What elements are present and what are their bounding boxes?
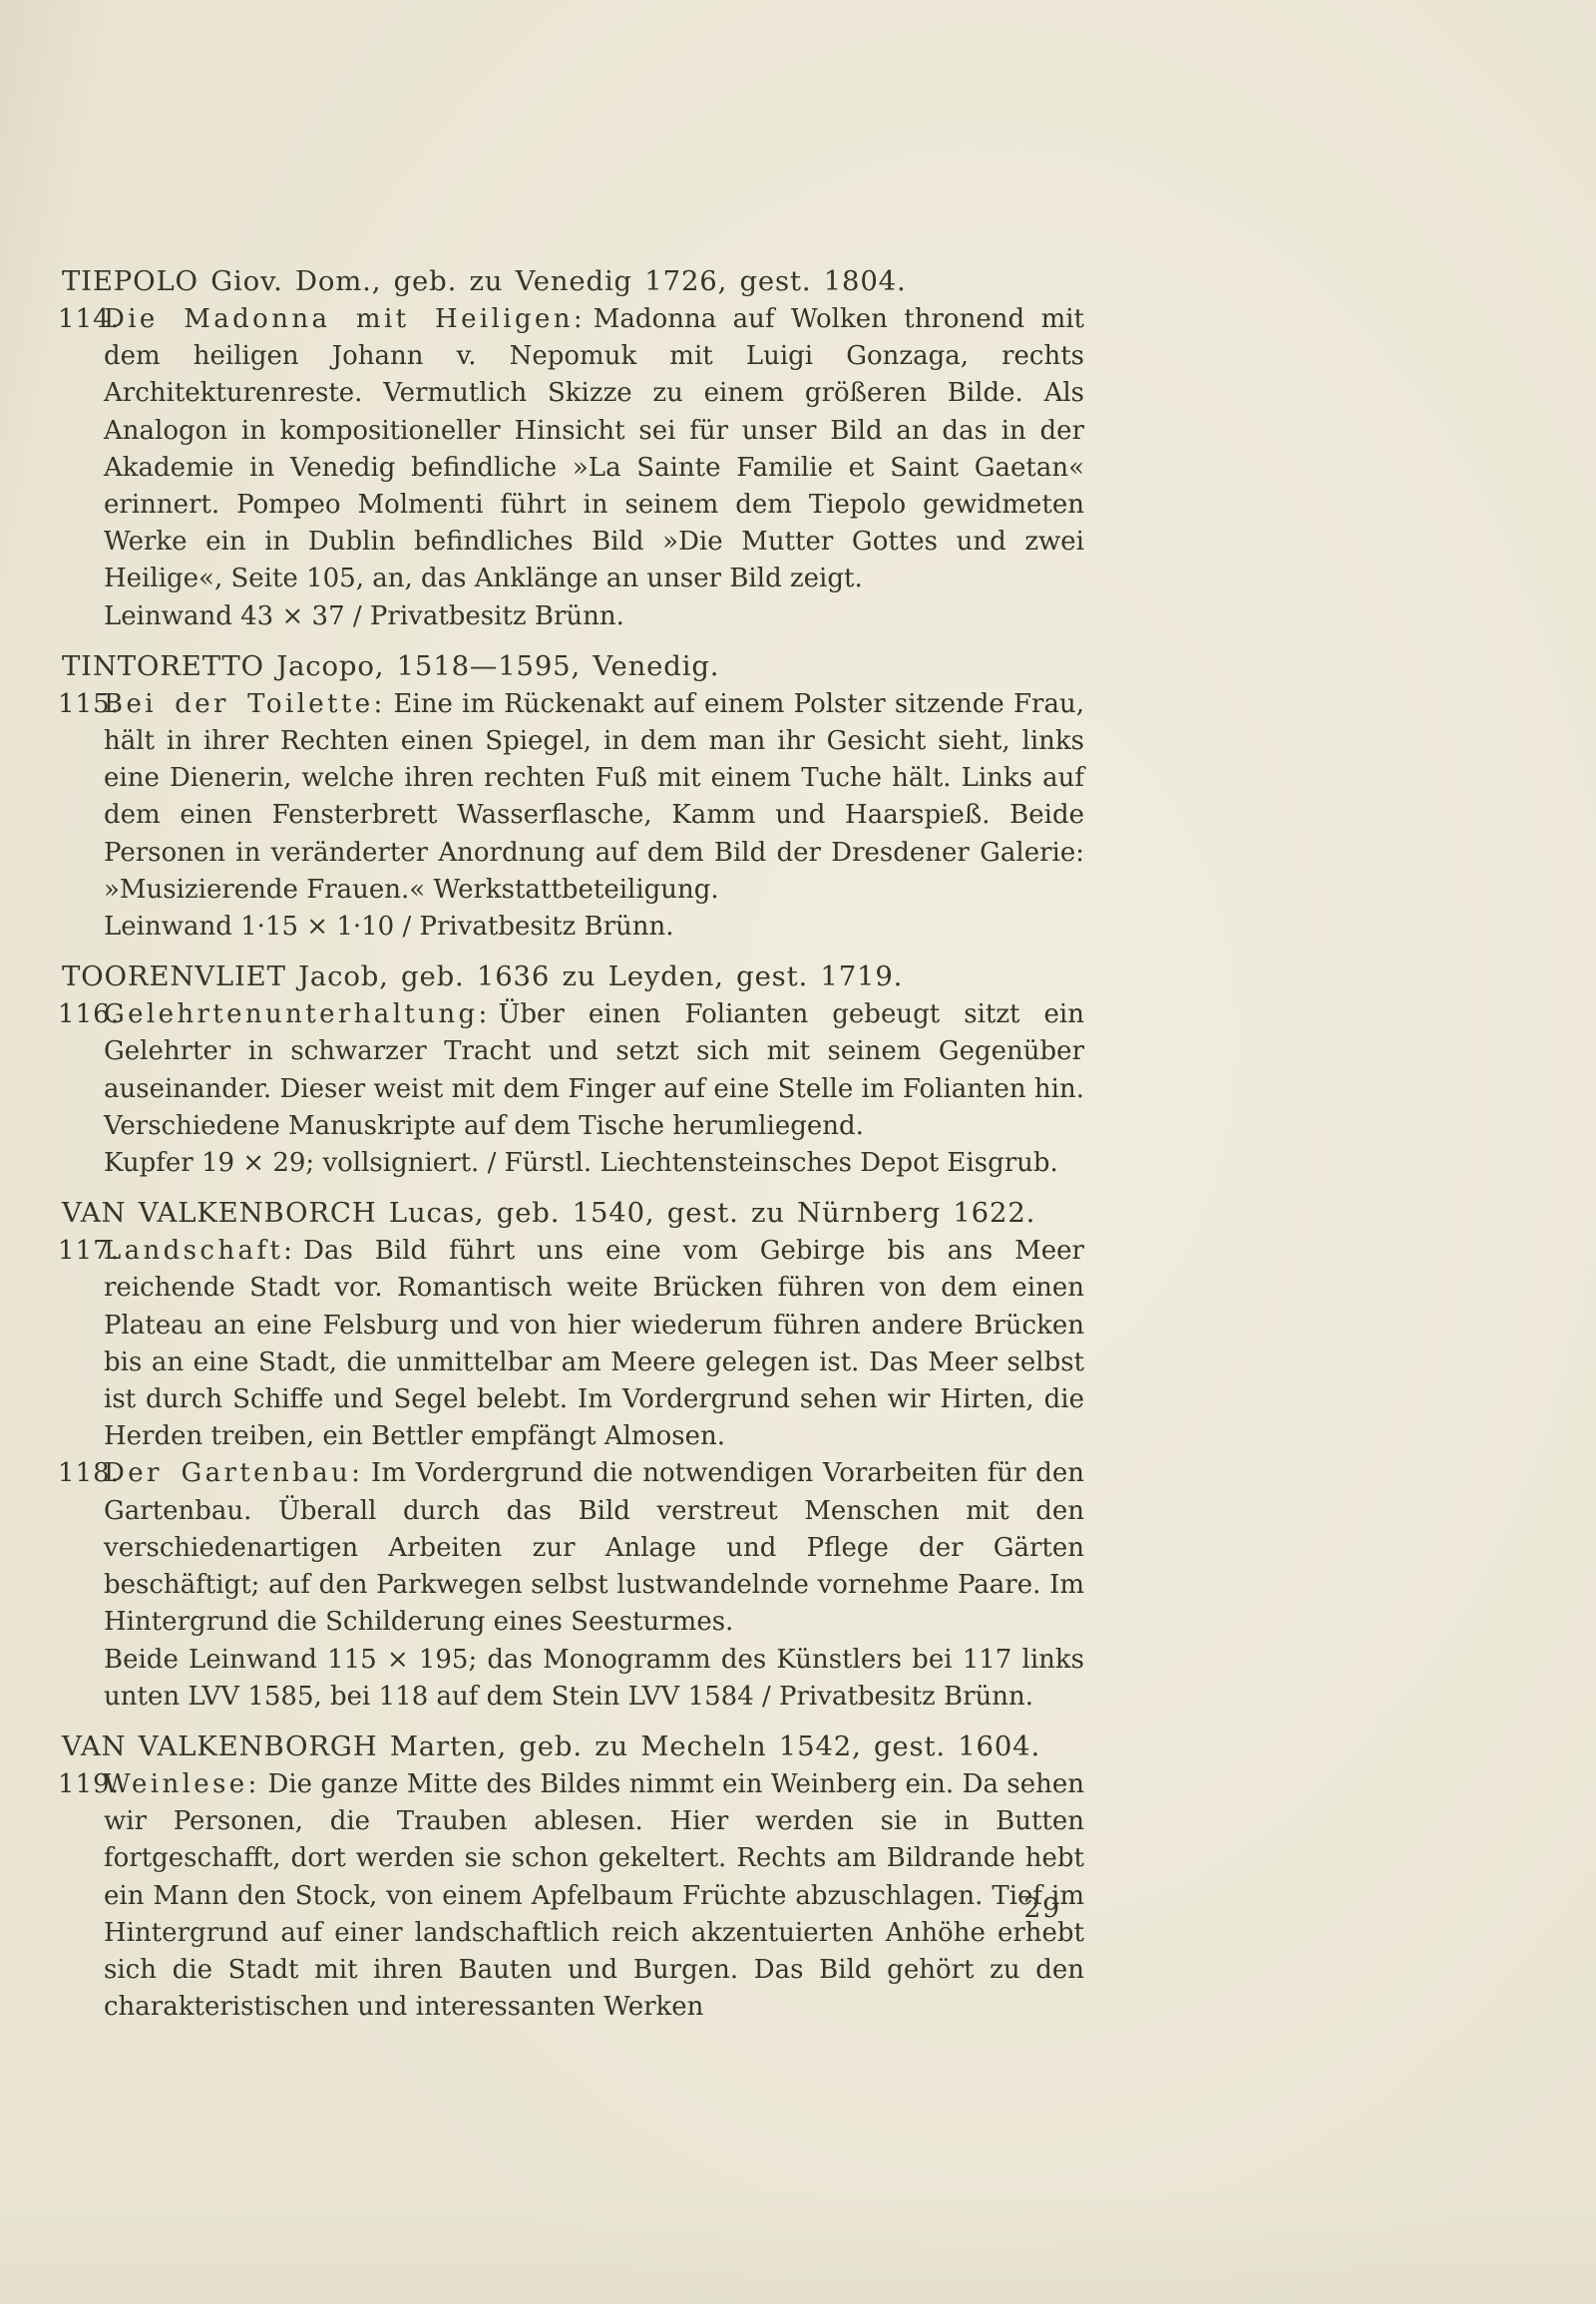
- entry-note: Kupfer 19 × 29; vollsigniert. / Fürstl. …: [62, 1145, 1084, 1182]
- catalog-page: TIEPOLO Giov. Dom., geb. zu Venedig 1726…: [0, 0, 1596, 2304]
- entry-body: Das Bild führt uns eine vom Gebirge bis …: [104, 1236, 1084, 1451]
- catalog-entry: 117.Landschaft:Das Bild führt uns eine v…: [62, 1233, 1084, 1455]
- entry-number: 115.: [58, 686, 120, 723]
- artist-heading: TOORENVLIET Jacob, geb. 1636 zu Leyden, …: [62, 957, 1084, 996]
- entry-note: Leinwand 1·15 × 1·10 / Privatbesitz Brün…: [62, 909, 1084, 946]
- entry-title: Die Madonna mit Heiligen:: [104, 304, 586, 334]
- entry-title: Landschaft:: [104, 1236, 295, 1266]
- catalog-entry: 119.Weinlese:Die ganze Mitte des Bildes …: [62, 1766, 1084, 2026]
- entry-note: Leinwand 43 × 37 / Privatbesitz Brünn.: [62, 598, 1084, 635]
- artist-heading: VAN VALKENBORGH Marten, geb. zu Mecheln …: [62, 1727, 1084, 1766]
- entry-title: Der Gartenbau:: [104, 1458, 363, 1488]
- entry-note: Beide Leinwand 115 × 195; das Monogramm …: [62, 1642, 1084, 1716]
- entry-number: 118.: [58, 1455, 120, 1492]
- entry-number: 117.: [58, 1233, 120, 1270]
- artist-heading: TIEPOLO Giov. Dom., geb. zu Venedig 1726…: [62, 261, 1084, 301]
- page-content: TIEPOLO Giov. Dom., geb. zu Venedig 1726…: [62, 261, 1084, 2026]
- catalog-entry: 116.Gelehrtenunterhaltung:Über einen Fol…: [62, 996, 1084, 1145]
- section-van-valkenborch: VAN VALKENBORCH Lucas, geb. 1540, gest. …: [62, 1193, 1084, 1716]
- section-van-valkenborgh: VAN VALKENBORGH Marten, geb. zu Mecheln …: [62, 1727, 1084, 2026]
- section-tiepolo: TIEPOLO Giov. Dom., geb. zu Venedig 1726…: [62, 261, 1084, 635]
- entry-body: Die ganze Mitte des Bildes nimmt ein Wei…: [104, 1769, 1084, 2022]
- entry-number: 114.: [58, 301, 120, 338]
- page-number: 29: [997, 1893, 1087, 1924]
- entry-title: Bei der Toilette:: [104, 689, 386, 719]
- artist-heading: TINTORETTO Jacopo, 1518—1595, Venedig.: [62, 646, 1084, 686]
- entry-title: Gelehrtenunterhaltung:: [104, 999, 491, 1029]
- catalog-entry: 114.Die Madonna mit Heiligen:Madonna auf…: [62, 301, 1084, 598]
- section-toorenvliet: TOORENVLIET Jacob, geb. 1636 zu Leyden, …: [62, 957, 1084, 1182]
- catalog-entry: 115.Bei der Toilette:Eine im Rückenakt a…: [62, 686, 1084, 909]
- entry-body: Madonna auf Wolken thronend mit dem heil…: [104, 304, 1084, 593]
- entry-number: 116.: [58, 996, 120, 1033]
- entry-title: Weinlese:: [104, 1769, 260, 1799]
- artist-heading: VAN VALKENBORCH Lucas, geb. 1540, gest. …: [62, 1193, 1084, 1233]
- catalog-entry: 118.Der Gartenbau:Im Vordergrund die not…: [62, 1455, 1084, 1641]
- section-tintoretto: TINTORETTO Jacopo, 1518—1595, Venedig. 1…: [62, 646, 1084, 946]
- entry-number: 119.: [58, 1766, 120, 1803]
- entry-body: Eine im Rückenakt auf einem Polster sitz…: [104, 689, 1084, 905]
